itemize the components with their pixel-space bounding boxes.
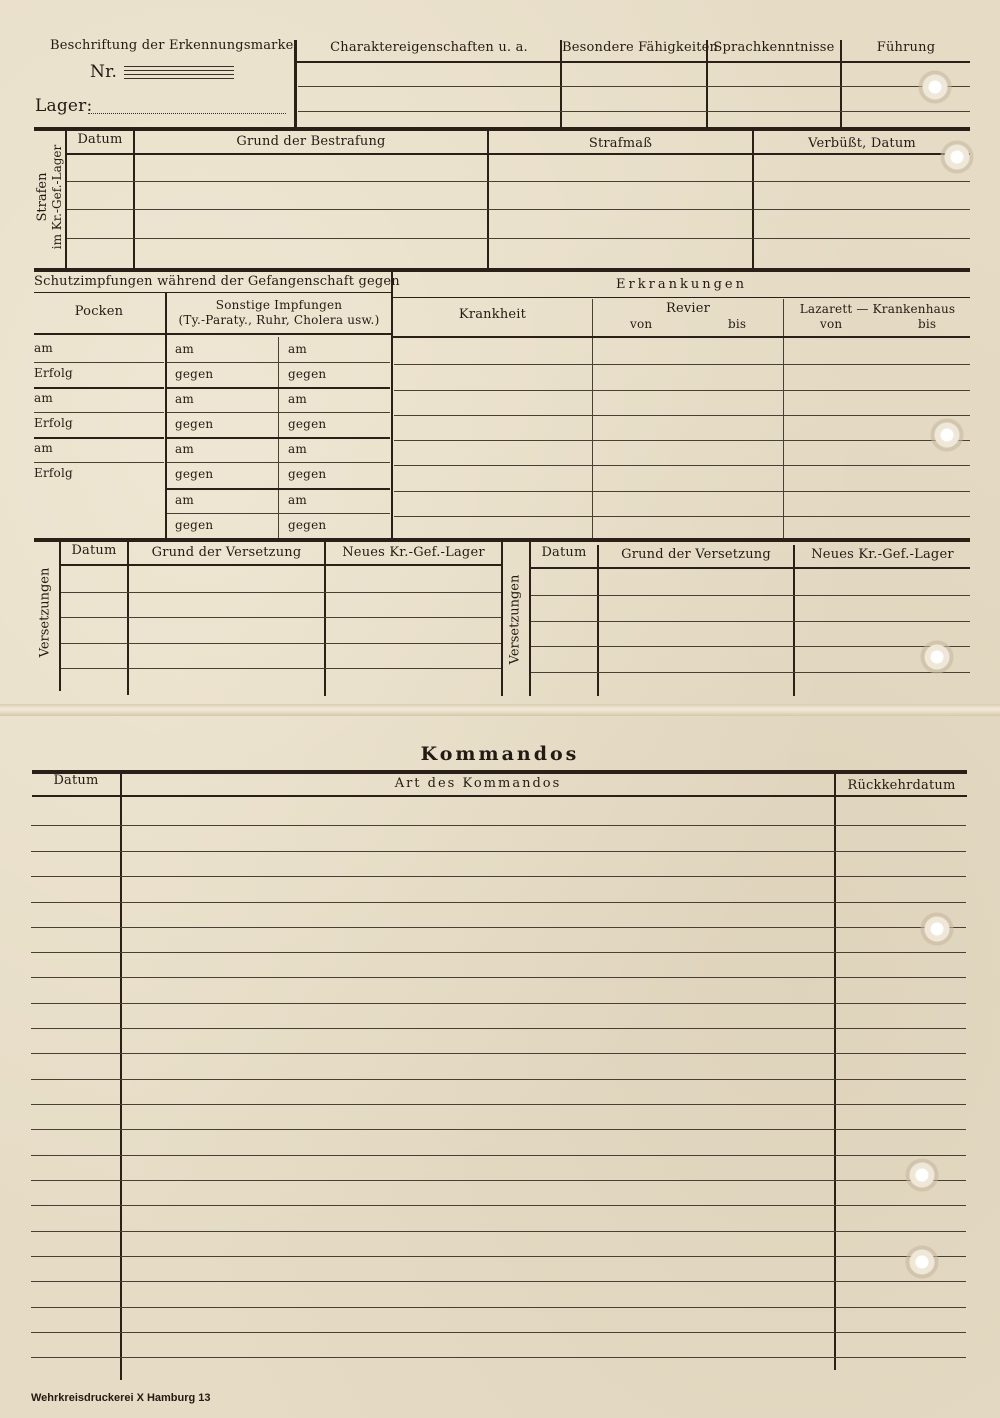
- col-datum: Datum: [32, 773, 120, 788]
- sonstige-am: am: [175, 392, 194, 406]
- header-divider: [294, 40, 297, 128]
- section-rule: [32, 770, 967, 774]
- header-rule: [393, 336, 970, 338]
- sonstige-gegen: gegen: [175, 467, 213, 481]
- col-charaktereigenschaften: Charaktereigenschaften u. a.: [298, 40, 560, 55]
- header-rule: [34, 333, 391, 335]
- col-sprachkenntnisse: Sprachkenntnisse: [708, 40, 840, 55]
- versetzungen-side-label-left: Versetzungen: [38, 553, 53, 673]
- header-rule: [32, 795, 967, 797]
- section-rule: [34, 268, 970, 272]
- lager-field[interactable]: [88, 113, 286, 114]
- versetzungen-side-label-right: Versetzungen: [508, 560, 523, 680]
- lazarett-von: von: [820, 317, 842, 331]
- erkrankungen-title: Erkrankungen: [393, 277, 970, 292]
- revier-bis: bis: [728, 317, 746, 331]
- paper-fold: [0, 704, 1000, 716]
- faehigkeiten-field[interactable]: [563, 63, 706, 127]
- punch-hole: [905, 1245, 939, 1279]
- punch-hole: [940, 140, 974, 174]
- col-pocken: Pocken: [34, 304, 164, 319]
- sonstige-gegen: gegen: [175, 367, 213, 381]
- sprachkenntnisse-field[interactable]: [709, 63, 840, 127]
- col-art-des-kommandos: Art des Kommandos: [122, 776, 834, 791]
- fuehrung-field[interactable]: [843, 63, 970, 127]
- row-line: [393, 297, 970, 298]
- col-rueckkehrdatum: Rückkehrdatum: [836, 778, 967, 793]
- versetzungen-right-rows[interactable]: [531, 569, 970, 696]
- nr-field[interactable]: [124, 66, 234, 79]
- col-grund-der-versetzung: Grund der Versetzung: [129, 545, 324, 560]
- erkrankungen-rows[interactable]: [394, 339, 970, 539]
- kommandos-title: Kommandos: [0, 743, 1000, 765]
- revier-von: von: [630, 317, 652, 331]
- kommandos-rows[interactable]: [32, 798, 967, 1378]
- col-grund-der-bestrafung: Grund der Bestrafung: [135, 134, 487, 149]
- col-revier: Revier: [594, 301, 782, 316]
- col-neues-lager: Neues Kr.-Gef.-Lager: [326, 545, 501, 560]
- col-grund-der-versetzung: Grund der Versetzung: [599, 547, 793, 562]
- strafen-label-line2: im Kr.-Gef.-Lager: [50, 137, 64, 257]
- erkennungsmarke-label: Beschriftung der Erkennungsmarke: [50, 38, 294, 53]
- strafen-rows[interactable]: [67, 155, 970, 267]
- pocken-am-1: am: [34, 341, 53, 355]
- col-fuehrung: Führung: [842, 40, 970, 55]
- strafen-side-label: Strafen im Kr.-Gef.-Lager: [36, 137, 64, 257]
- col-sonstige-1: Sonstige Impfungen: [167, 298, 391, 312]
- col-sonstige-2: (Ty.-Paraty., Ruhr, Cholera usw.): [167, 313, 391, 327]
- sonstige-am: am: [175, 493, 194, 507]
- divider: [840, 40, 842, 128]
- divider: [165, 293, 167, 538]
- pocken-am-3: am: [34, 441, 53, 455]
- nr-label: Nr.: [90, 62, 117, 82]
- punch-hole: [920, 912, 954, 946]
- col-neues-lager: Neues Kr.-Gef.-Lager: [795, 547, 970, 562]
- versetzungen-left-rows[interactable]: [61, 566, 501, 691]
- charaktereigenschaften-field[interactable]: [298, 63, 560, 127]
- divider: [560, 40, 562, 128]
- col-datum: Datum: [531, 545, 597, 560]
- col-lazarett: Lazarett — Krankenhaus: [785, 302, 970, 316]
- lazarett-bis: bis: [918, 317, 936, 331]
- punch-hole: [930, 418, 964, 452]
- section-rule: [34, 127, 970, 131]
- sonstige-am: am: [175, 442, 194, 456]
- pocken-fields[interactable]: [60, 337, 164, 487]
- sonstige-am: am: [175, 342, 194, 356]
- punch-hole: [920, 640, 954, 674]
- printer-imprint: Wehrkreisdruckerei X Hamburg 13: [31, 1392, 211, 1404]
- pocken-am-2: am: [34, 391, 53, 405]
- col-datum: Datum: [61, 543, 127, 558]
- sonstige-fields[interactable]: [210, 337, 390, 537]
- strafen-label-line1: Strafen: [36, 137, 50, 257]
- col-verbuesst-datum: Verbüßt, Datum: [754, 136, 970, 151]
- schutzimpfungen-title: Schutzimpfungen während der Gefangenscha…: [34, 274, 390, 289]
- punch-hole: [905, 1158, 939, 1192]
- lager-label: Lager:: [35, 96, 92, 116]
- punch-hole: [918, 70, 952, 104]
- col-besondere-faehigkeiten: Besondere Fähigkeiten: [562, 40, 706, 55]
- col-strafmass: Strafmaß: [489, 136, 752, 151]
- col-datum: Datum: [67, 132, 133, 147]
- row-line: [34, 292, 391, 293]
- sonstige-gegen: gegen: [175, 518, 213, 532]
- col-krankheit: Krankheit: [393, 307, 592, 322]
- divider: [706, 40, 708, 128]
- sonstige-gegen: gegen: [175, 417, 213, 431]
